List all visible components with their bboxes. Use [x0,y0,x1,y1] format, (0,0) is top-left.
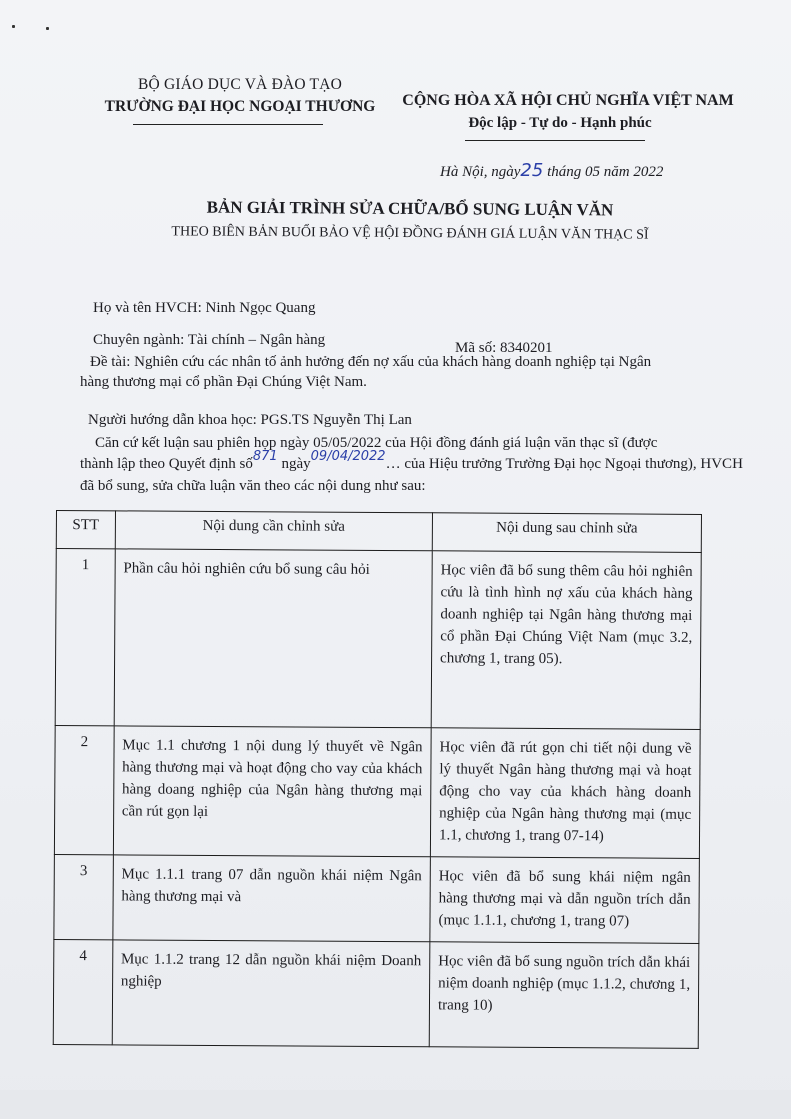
major: Chuyên ngành: Tài chính – Ngân hàng [93,332,325,349]
row-stt: 2 [54,725,114,854]
dateline: Hà Nội, ngày25 tháng 05 năm 2022 [440,160,663,181]
university-name: TRƯỜNG ĐẠI HỌC NGOẠI THƯƠNG [80,98,400,116]
table-row: 2 Mục 1.1 chương 1 nội dung lý thuyết về… [54,725,700,858]
scan-speck [46,27,49,30]
topic-line-2: hàng thương mại cổ phần Đại Chúng Việt N… [80,374,367,391]
header-stt: STT [56,511,115,549]
student-name: Họ và tên HVCH: Ninh Ngọc Quang [93,300,315,317]
basis-line-3: đã bổ sung, sửa chữa luận văn theo các n… [80,478,426,495]
row-stt: 3 [54,854,113,939]
republic-name: CỘNG HÒA XÃ HỘI CHỦ NGHĨA VIỆT NAM [388,92,748,110]
document-title: BẢN GIẢI TRÌNH SỬA CHỮA/BỔ SUNG LUẬN VĂN [150,197,670,221]
advisor: Người hướng dẫn khoa học: PGS.TS Nguyễn … [88,412,412,429]
row-required: Mục 1.1 chương 1 nội dung lý thuyết về N… [113,726,431,857]
row-required: Mục 1.1.2 trang 12 dẫn nguồn khái niệm D… [112,940,430,1047]
row-required: Phần câu hỏi nghiên cứu bổ sung câu hỏi [114,549,432,728]
handwritten-day: 25 [520,160,543,181]
basis-text: thành lập theo Quyết định số [80,456,253,472]
header-revised-content: Nội dung sau chỉnh sửa [432,513,701,553]
date-prefix: Hà Nội, ngày [440,164,520,180]
document-subtitle: THEO BIÊN BẢN BUỔI BẢO VỆ HỘI ĐỒNG ĐÁNH … [150,224,670,244]
scan-bottom-band [0,1090,791,1119]
header-required-changes: Nội dung cần chỉnh sửa [115,511,432,551]
table-row: 4 Mục 1.1.2 trang 12 dẫn nguồn khái niệm… [53,939,699,1048]
table-header-row: STT Nội dung cần chỉnh sửa Nội dung sau … [56,511,701,553]
table-row: 1 Phần câu hỏi nghiên cứu bổ sung câu hỏ… [55,549,701,730]
date-suffix: tháng 05 năm 2022 [543,164,663,180]
handwritten-decision-date: 09/04/2022 [311,449,386,464]
topic-line-1: Đề tài: Nghiên cứu các nhân tố ảnh hưởng… [90,354,651,371]
basis-text: … của Hiệu trưởng Trường Đại học Ngoại t… [386,456,743,472]
national-motto: Độc lập - Tự do - Hạnh phúc [380,115,740,132]
row-revised: Học viên đã bổ sung khái niệm ngân hàng … [430,857,700,944]
row-revised: Học viên đã rút gọn chi tiết nội dung về… [430,728,700,859]
handwritten-decision-number: 871 [253,449,278,464]
table-row: 3 Mục 1.1.1 trang 07 dẫn nguồn khái niệm… [54,854,700,943]
scanned-page: BỘ GIÁO DỤC VÀ ĐÀO TẠO TRƯỜNG ĐẠI HỌC NG… [0,0,791,1119]
ministry-name: BỘ GIÁO DỤC VÀ ĐÀO TẠO [80,76,400,94]
scan-speck [12,25,15,28]
row-revised: Học viên đã bổ sung thêm câu hỏi nghiên … [431,551,701,730]
row-stt: 1 [55,549,115,726]
header-left-underline [133,124,323,125]
revision-table: STT Nội dung cần chỉnh sửa Nội dung sau … [53,510,702,1049]
row-revised: Học viên đã bổ sung nguồn trích dẫn khái… [429,942,699,1049]
basis-line-2: thành lập theo Quyết định số871 ngày09/0… [80,456,743,473]
basis-text: ngày [278,456,311,472]
header-right-underline [465,140,645,141]
row-required: Mục 1.1.1 trang 07 dẫn nguồn khái niệm N… [113,855,431,942]
row-stt: 4 [53,939,112,1044]
